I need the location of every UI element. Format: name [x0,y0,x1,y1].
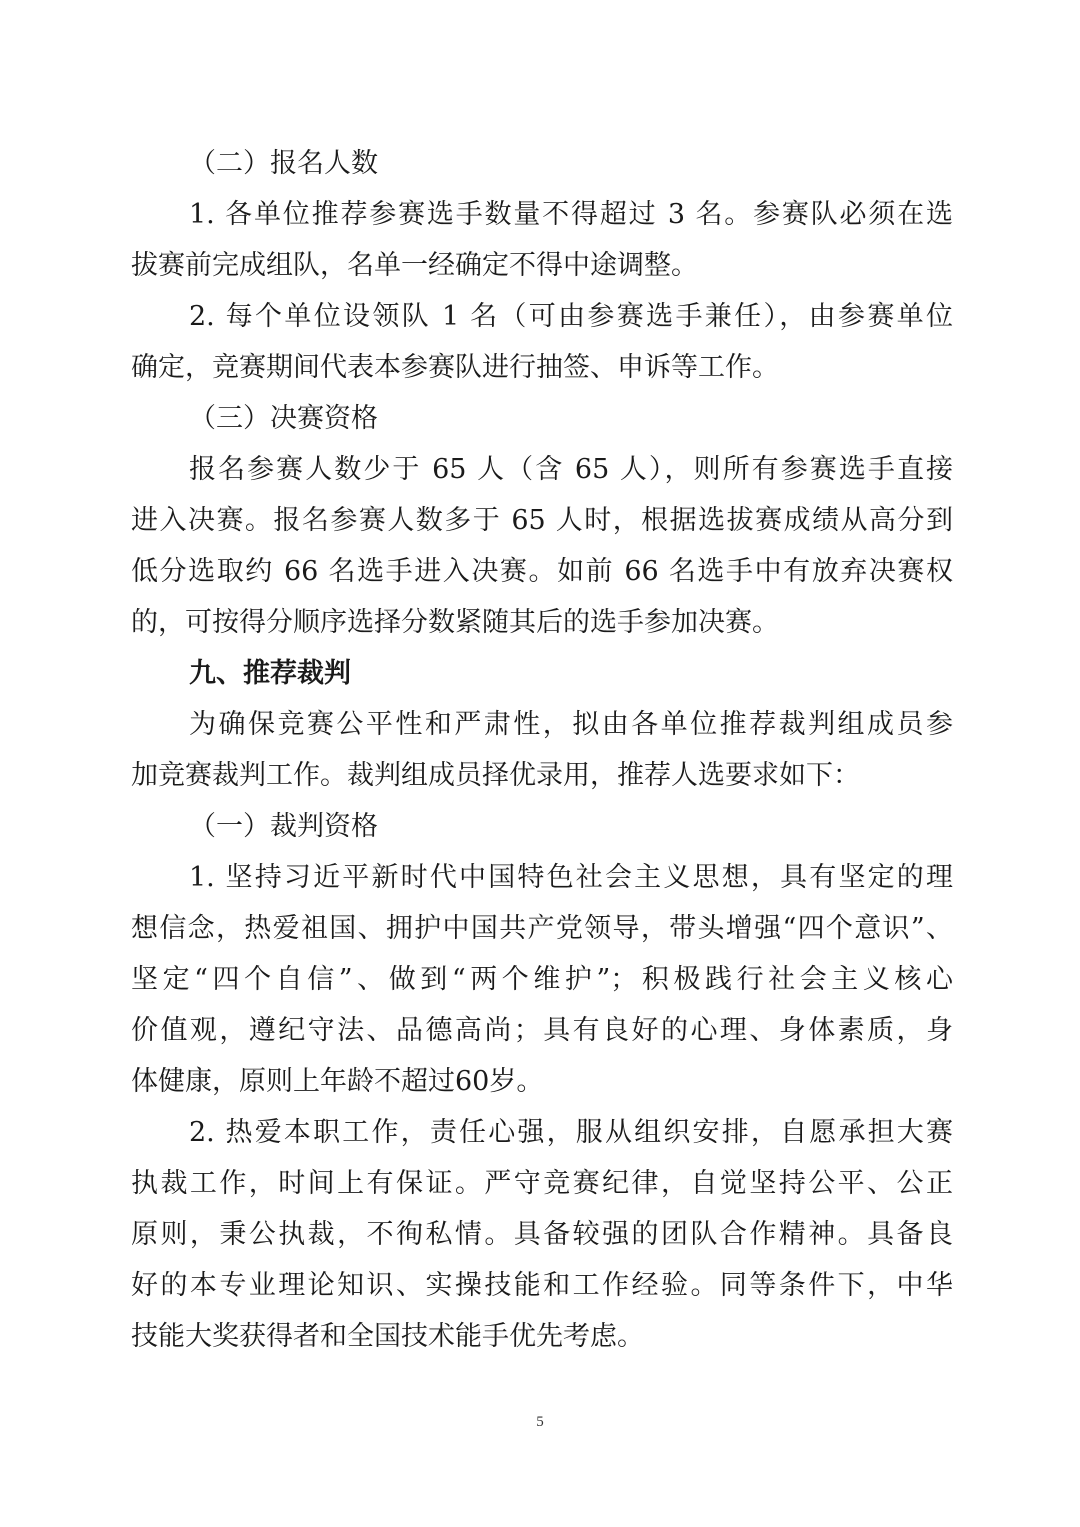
page-number: 5 [0,1414,1080,1431]
document-page: （二）报名人数 1. 各单位推荐参赛选手数量不得超过 3 名。参赛队必须在选 拔… [131,138,953,1362]
paragraph-line: 拔赛前完成组队，名单一经确定不得中途调整。 [131,240,953,291]
paragraph-line: 技能大奖获得者和全国技术能手优先考虑。 [131,1311,953,1362]
paragraph-line: 价值观，遵纪守法、品德高尚；具有良好的心理、身体素质，身 [131,1005,953,1056]
paragraph-line: 加竞赛裁判工作。裁判组成员择优录用，推荐人选要求如下： [131,750,953,801]
paragraph-line: 确定，竞赛期间代表本参赛队进行抽签、申诉等工作。 [131,342,953,393]
paragraph-line: 为确保竞赛公平性和严肃性，拟由各单位推荐裁判组成员参 [131,699,953,750]
paragraph-line: 2. 热爱本职工作，责任心强，服从组织安排，自愿承担大赛 [131,1107,953,1158]
paragraph-line: 好的本专业理论知识、实操技能和工作经验。同等条件下，中华 [131,1260,953,1311]
paragraph-line: 进入决赛。报名参赛人数多于 65 人时，根据选拔赛成绩从高分到 [131,495,953,546]
subheading-registration-count: （二）报名人数 [131,138,953,189]
paragraph-line: 原则，秉公执裁，不徇私情。具备较强的团队合作精神。具备良 [131,1209,953,1260]
paragraph-line: 体健康，原则上年龄不超过60岁。 [131,1056,953,1107]
subheading-final-qualification: （三）决赛资格 [131,393,953,444]
paragraph-line: 低分选取约 66 名选手进入决赛。如前 66 名选手中有放弃决赛权 [131,546,953,597]
paragraph-line: 1. 坚持习近平新时代中国特色社会主义思想，具有坚定的理 [131,852,953,903]
paragraph-line: 1. 各单位推荐参赛选手数量不得超过 3 名。参赛队必须在选 [131,189,953,240]
paragraph-line: 2. 每个单位设领队 1 名（可由参赛选手兼任），由参赛单位 [131,291,953,342]
paragraph-line: 坚定“四个自信”、做到“两个维护”；积极践行社会主义核心 [131,954,953,1005]
section-heading-recommend-referees: 九、推荐裁判 [131,648,953,699]
paragraph-line: 执裁工作，时间上有保证。严守竞赛纪律，自觉坚持公平、公正 [131,1158,953,1209]
paragraph-line: 想信念，热爱祖国、拥护中国共产党领导，带头增强“四个意识”、 [131,903,953,954]
paragraph-line: 的，可按得分顺序选择分数紧随其后的选手参加决赛。 [131,597,953,648]
subheading-referee-qualification: （一）裁判资格 [131,801,953,852]
paragraph-line: 报名参赛人数少于 65 人（含 65 人），则所有参赛选手直接 [131,444,953,495]
